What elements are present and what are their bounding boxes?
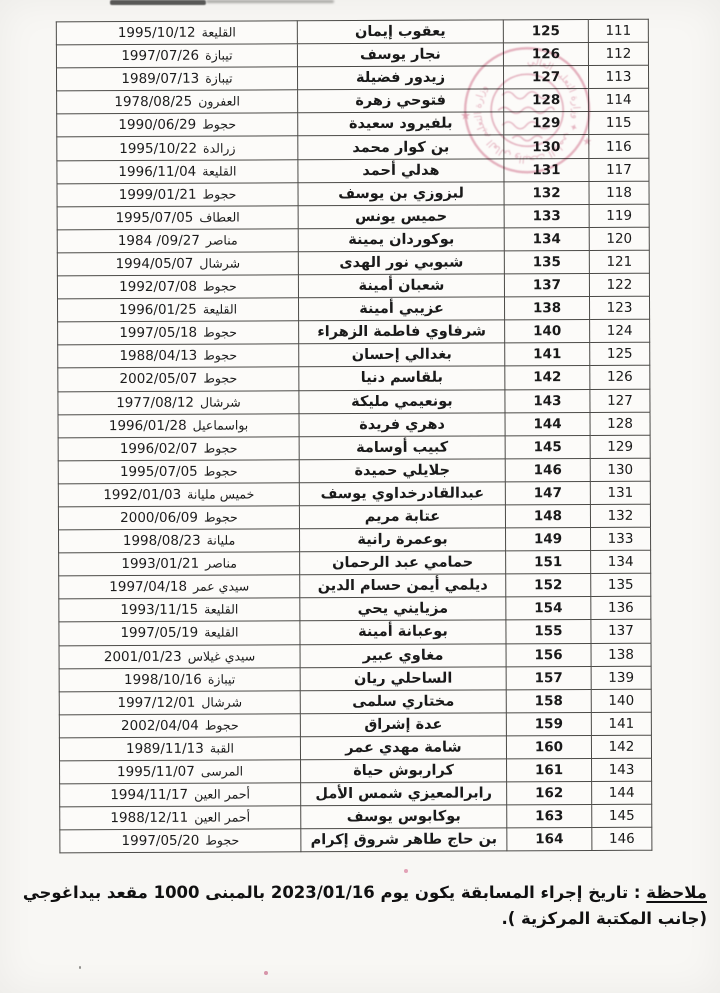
table-row: 1996/11/04القليعةهدلي أحمد131117	[57, 158, 649, 184]
candidate-name-cell: يعقوب إيمان	[297, 20, 503, 44]
birth-date: 1998/08/23	[123, 533, 201, 549]
birth-date-place: 1995/07/05العطاف	[60, 209, 296, 226]
birth-date-place: 1995/10/12القليعة	[59, 24, 295, 41]
exam-number-cell: 125	[503, 20, 588, 43]
candidate-name-cell: بلفيرود سعيدة	[298, 112, 504, 136]
serial-number-cell: 112	[588, 42, 648, 65]
candidate-name-cell: عدة إشراق	[300, 713, 506, 737]
candidate-name-cell: لبزوزي بن يوسف	[298, 182, 504, 206]
candidate-name-cell: بوعمرة رانية	[300, 528, 506, 552]
birth-date-place-cell: 1977/08/12شرشال	[58, 390, 299, 414]
birth-date-place: 1990/06/29حجوط	[59, 117, 295, 134]
serial-number-cell: 126	[590, 366, 650, 389]
serial-number-cell: 134	[591, 550, 651, 573]
birth-place: حجوط	[203, 371, 237, 386]
birth-date-place: 1989/11/13القبة	[62, 740, 298, 757]
birth-date-place: 1992/07/08حجوط	[60, 278, 296, 295]
exam-number-cell: 161	[507, 758, 592, 781]
birth-date: 1994/11/17	[110, 787, 188, 803]
birth-date-place-cell: 1994/11/17أحمر العين	[60, 783, 301, 807]
candidate-name-cell: بن حاج طاهر شروق إكرام	[301, 828, 507, 852]
table-row: 1977/08/12شرشالبونعيمي مليكة143127	[58, 389, 650, 415]
serial-number-cell: 141	[591, 712, 651, 735]
table-row: 1997/05/18حجوطشرفاوي فاطمة الزهراء140124	[58, 319, 650, 345]
serial-number-cell: 140	[591, 689, 651, 712]
candidate-name-cell: حمامي عبد الرحمان	[300, 551, 506, 575]
birth-date: 1996/02/07	[120, 440, 198, 456]
birth-place: حجوط	[204, 463, 238, 478]
birth-date-place-cell: 1998/10/16تيبازة	[59, 667, 300, 691]
birth-place: المرسى	[201, 764, 243, 779]
table-row: 1992/01/03خميس مليانةعبدالقادرخداوي يوسف…	[58, 481, 650, 507]
birth-date-place-cell: 2002/04/04حجوط	[59, 714, 300, 738]
birth-place: حجوط	[203, 348, 237, 363]
birth-date-place-cell: 1989/07/13تيبازة	[56, 67, 297, 91]
roster-table-body: 1995/10/12القليعةيعقوب إيمان1251111997/0…	[56, 19, 652, 853]
birth-date-place-cell: 1995/11/07المرسى	[60, 760, 301, 784]
birth-date: 1996/01/25	[119, 302, 197, 318]
serial-number-cell: 129	[590, 435, 650, 458]
birth-date: 1996/01/28	[109, 417, 187, 433]
candidate-name-cell: نجار يوسف	[297, 43, 503, 67]
exam-number-cell: 135	[504, 250, 589, 273]
birth-date-place-cell: 1984 /09/27مناصر	[57, 229, 298, 253]
table-row: 1988/12/11أحمر العينبوكابوس يوسف163145	[60, 804, 652, 830]
table-row: 1989/11/13القبةشامة مهدي عمر160142	[59, 735, 651, 761]
birth-date-place-cell: 1995/07/05العطاف	[57, 206, 298, 230]
birth-place: القبة	[210, 741, 234, 756]
serial-number-cell: 128	[590, 412, 650, 435]
table-row: 1978/08/25العفرونفتوحي زهرة128114	[57, 89, 649, 115]
serial-number-cell: 119	[589, 204, 649, 227]
candidate-name-cell: هدلي أحمد	[298, 158, 504, 182]
birth-place: بواسماعيل	[193, 417, 249, 432]
birth-date-place: 1996/01/28بواسماعيل	[61, 417, 297, 434]
table-row: 1992/07/08حجوطشعبان أمينة137122	[57, 273, 649, 299]
birth-place: شرشال	[200, 394, 241, 409]
table-row: 1996/01/25القليعةعزيبي أمينة138123	[58, 296, 650, 322]
birth-date-place: 2002/04/04حجوط	[62, 717, 298, 734]
birth-date: 1996/11/04	[118, 163, 196, 179]
serial-number-cell: 118	[589, 181, 649, 204]
serial-number-cell: 115	[589, 112, 649, 135]
birth-place: تيبازة	[208, 671, 235, 686]
exam-number-cell: 145	[505, 435, 590, 458]
table-row: 1995/10/22زرالدةبن كوار محمد130116	[57, 135, 649, 161]
birth-date-place-cell: 1997/05/18حجوط	[58, 321, 299, 345]
table-row: 1997/05/19القليعةبوعبانة أمينة155137	[59, 620, 651, 646]
birth-date-place-cell: 1997/04/18سيدي عمر	[59, 575, 300, 599]
birth-date: 1997/05/20	[122, 833, 200, 849]
birth-date: 1978/08/25	[114, 94, 192, 110]
birth-place: القليعة	[202, 163, 236, 178]
birth-date: 1977/08/12	[116, 394, 194, 410]
birth-place: أحمر العين	[194, 810, 250, 825]
footer-note: ملاحظة : تاريخ إجراء المسابقة يكون يوم 2…	[55, 880, 707, 932]
candidate-name-cell: حميس يونس	[298, 205, 504, 229]
candidate-name-cell: بوكوردان يمينة	[298, 228, 504, 252]
birth-date: 1997/05/19	[120, 625, 198, 641]
serial-number-cell: 120	[589, 227, 649, 250]
candidate-name-cell: ديلمي أيمن حسام الدين	[300, 574, 506, 598]
table-row: 1997/05/20حجوطبن حاج طاهر شروق إكرام1641…	[60, 828, 652, 854]
birth-place: العطاف	[199, 209, 239, 224]
birth-place: القليعة	[203, 302, 237, 317]
birth-date-place-cell: 1996/11/04القليعة	[57, 159, 298, 183]
birth-place: القليعة	[204, 625, 238, 640]
birth-place: تيبازة	[205, 71, 232, 86]
candidate-name-cell: زيدور فضيلة	[297, 66, 503, 90]
serial-number-cell: 117	[589, 158, 649, 181]
birth-place: أحمر العين	[194, 787, 250, 802]
birth-date-place-cell: 2002/05/07حجوط	[58, 367, 299, 391]
birth-date-place: 1995/11/07المرسى	[62, 763, 298, 780]
candidate-name-cell: مزيايني يحي	[300, 597, 506, 621]
birth-date-place-cell: 1999/01/21حجوط	[57, 182, 298, 206]
candidate-name-cell: فتوحي زهرة	[298, 89, 504, 113]
birth-date-place: 1997/05/18حجوط	[60, 325, 296, 342]
birth-date: 1997/07/26	[121, 48, 199, 64]
table-row: 1994/05/07شرشالشبوبي نور الهدى135121	[57, 250, 649, 276]
birth-date-place: 1996/02/07حجوط	[61, 440, 297, 457]
candidate-name-cell: عتابة مريم	[299, 505, 505, 529]
birth-place: حجوط	[202, 186, 236, 201]
serial-number-cell: 122	[589, 273, 649, 296]
exam-number-cell: 138	[504, 297, 589, 320]
exam-number-cell: 126	[503, 43, 588, 66]
birth-date-place-cell: 1997/05/20حجوط	[60, 829, 301, 853]
table-row: 1995/07/05العطافحميس يونس133119	[57, 204, 649, 230]
candidate-name-cell: شرفاوي فاطمة الزهراء	[299, 320, 505, 344]
candidates-roster-table: 1995/10/12القليعةيعقوب إيمان1251111997/0…	[56, 19, 653, 854]
candidate-name-cell: جلايلي حميدة	[299, 459, 505, 483]
birth-date-place-cell: 1995/10/12القليعة	[56, 21, 297, 45]
birth-date: 1994/05/07	[116, 256, 194, 272]
serial-number-cell: 143	[592, 758, 652, 781]
birth-place: خميس مليانة	[187, 486, 254, 501]
candidate-name-cell: عزيبي أمينة	[298, 297, 504, 321]
birth-place: حجوط	[204, 510, 238, 525]
exam-number-cell: 157	[506, 666, 591, 689]
birth-date-place-cell: 1993/11/15القليعة	[59, 598, 300, 622]
birth-date: 1989/11/13	[126, 741, 204, 757]
birth-date-place-cell: 1996/02/07حجوط	[58, 436, 299, 460]
table-row: 1998/08/23مليانةبوعمرة رانية149133	[59, 527, 651, 553]
serial-number-cell: 132	[590, 504, 650, 527]
serial-number-cell: 135	[591, 573, 651, 596]
exam-number-cell: 131	[504, 158, 589, 181]
birth-date: 1995/07/05	[116, 210, 194, 226]
birth-date-place: 1993/11/15القليعة	[61, 602, 297, 619]
birth-date-place-cell: 1978/08/25العفرون	[57, 90, 298, 114]
serial-number-cell: 116	[589, 135, 649, 158]
birth-date-place: 1992/01/03خميس مليانة	[61, 486, 297, 503]
serial-number-cell: 121	[589, 250, 649, 273]
birth-date-place: 1978/08/25العفرون	[59, 94, 295, 111]
birth-date-place: 1997/04/18سيدي عمر	[61, 579, 297, 596]
candidate-name-cell: بغدالي إحسان	[299, 343, 505, 367]
table-row: 2002/04/04حجوطعدة إشراق159141	[59, 712, 651, 738]
serial-number-cell: 138	[591, 643, 651, 666]
exam-number-cell: 133	[504, 204, 589, 227]
birth-date-place: 2001/01/23سيدي غيلاس	[62, 648, 298, 665]
birth-date-place: 1977/08/12شرشال	[60, 394, 296, 411]
birth-place: شرشال	[199, 256, 240, 271]
birth-date: 2001/01/23	[104, 648, 182, 664]
candidate-name-cell: مغاوي عبير	[300, 643, 506, 667]
note-line-1: ملاحظة : تاريخ إجراء المسابقة يكون يوم 2…	[55, 880, 707, 906]
serial-number-cell: 146	[592, 828, 652, 851]
candidate-name-cell: شبوبي نور الهدى	[298, 251, 504, 275]
note-label: ملاحظة	[646, 883, 707, 902]
serial-number-cell: 137	[591, 620, 651, 643]
birth-place: مليانة	[207, 533, 236, 548]
serial-number-cell: 127	[590, 389, 650, 412]
serial-number-cell: 145	[592, 804, 652, 827]
table-row: 1990/06/29حجوطبلفيرود سعيدة129115	[57, 112, 649, 138]
birth-date-place: 1997/07/26تيبازة	[59, 47, 295, 64]
exam-number-cell: 129	[504, 112, 589, 135]
serial-number-cell: 124	[590, 319, 650, 342]
birth-date: 1997/05/18	[119, 325, 197, 341]
birth-date-place: 2002/05/07حجوط	[60, 371, 296, 388]
birth-place: حجوط	[204, 440, 238, 455]
candidate-name-cell: بلقاسم دنيا	[299, 366, 505, 390]
table-row: 2000/06/09حجوطعتابة مريم148132	[58, 504, 650, 530]
birth-place: حجوط	[202, 117, 236, 132]
birth-place: مناصر	[206, 232, 238, 247]
birth-date-place: 1984 /09/27مناصر	[60, 232, 296, 249]
table-row: 1993/11/15القليعةمزيايني يحي154136	[59, 597, 651, 623]
candidate-name-cell: كراربوش حياة	[301, 759, 507, 783]
ink-speck	[264, 971, 268, 975]
exam-number-cell: 132	[504, 181, 589, 204]
birth-place: تيبازة	[205, 48, 232, 63]
candidate-name-cell: دهري فريدة	[299, 412, 505, 436]
exam-number-cell: 155	[506, 620, 591, 643]
birth-date-place: 1994/05/07شرشال	[60, 255, 296, 272]
birth-date-place-cell: 1992/07/08حجوط	[57, 275, 298, 299]
candidate-name-cell: رابرالمعيزي شمس الأمل	[301, 782, 507, 806]
exam-number-cell: 163	[507, 805, 592, 828]
birth-date-place-cell: 2001/01/23سيدي غيلاس	[59, 644, 300, 668]
birth-date-place-cell: 1997/05/19القليعة	[59, 621, 300, 645]
candidate-name-cell: عبدالقادرخداوي يوسف	[299, 482, 505, 506]
note-body: : تاريخ إجراء المسابقة يكون يوم 2023/01/…	[23, 883, 646, 902]
birth-date: 1997/12/01	[117, 694, 195, 710]
birth-date: 1999/01/21	[119, 186, 197, 202]
birth-date-place-cell: 1996/01/25القليعة	[58, 298, 299, 322]
exam-number-cell: 128	[504, 89, 589, 112]
birth-place: زرالدة	[203, 140, 236, 155]
serial-number-cell: 123	[589, 296, 649, 319]
exam-number-cell: 130	[504, 135, 589, 158]
candidate-name-cell: كبيب أوسامة	[299, 436, 505, 460]
birth-date-place-cell: 1994/05/07شرشال	[57, 252, 298, 276]
birth-date-place-cell: 1988/12/11أحمر العين	[60, 806, 301, 830]
table-row: 1997/12/01شرشالمختاري سلمى158140	[59, 689, 651, 715]
birth-date: 1990/06/29	[118, 117, 196, 133]
table-row: 1998/10/16تيبازةالساحلي ريان157139	[59, 666, 651, 692]
birth-date: 1995/10/22	[119, 140, 197, 156]
birth-date-place-cell: 1989/11/13القبة	[59, 737, 300, 761]
birth-date-place: 1998/08/23مليانة	[61, 532, 297, 549]
exam-number-cell: 154	[506, 597, 591, 620]
birth-place: العفرون	[198, 94, 240, 109]
birth-date-place: 1999/01/21حجوط	[60, 186, 296, 203]
birth-date: 1988/04/13	[119, 348, 197, 364]
birth-date-place: 1997/05/19القليعة	[61, 625, 297, 642]
birth-date: 1995/11/07	[117, 764, 195, 780]
birth-date: 1998/10/16	[124, 671, 202, 687]
serial-number-cell: 114	[589, 89, 649, 112]
serial-number-cell: 136	[591, 597, 651, 620]
table-row: 1984 /09/27مناصربوكوردان يمينة134120	[57, 227, 649, 253]
candidate-name-cell: بوكابوس يوسف	[301, 805, 507, 829]
birth-place: حجوط	[205, 833, 239, 848]
table-row: 1997/07/26تيبازةنجار يوسف126112	[56, 42, 648, 68]
table-row: 1989/07/13تيبازةزيدور فضيلة127113	[56, 65, 648, 91]
birth-place: سيدي غيلاس	[188, 648, 256, 663]
exam-number-cell: 159	[506, 712, 591, 735]
candidate-name-cell: الساحلي ريان	[300, 666, 506, 690]
birth-date-place: 1995/10/22زرالدة	[59, 140, 295, 157]
exam-number-cell: 140	[505, 320, 590, 343]
table-row: 1996/02/07حجوطكبيب أوسامة145129	[58, 435, 650, 461]
birth-place: حجوط	[205, 717, 239, 732]
candidate-name-cell: بونعيمي مليكة	[299, 389, 505, 413]
scanned-document-page: 1995/10/12القليعةيعقوب إيمان1251111997/0…	[0, 0, 720, 993]
exam-number-cell: 162	[507, 782, 592, 805]
exam-number-cell: 146	[505, 458, 590, 481]
birth-date-place-cell: 1990/06/29حجوط	[57, 113, 298, 137]
candidate-name-cell: مختاري سلمى	[300, 690, 506, 714]
birth-date-place: 1996/01/25القليعة	[60, 301, 296, 318]
candidate-name-cell: شامة مهدي عمر	[300, 736, 506, 760]
serial-number-cell: 125	[590, 343, 650, 366]
birth-date: 1992/07/08	[119, 279, 197, 295]
serial-number-cell: 139	[591, 666, 651, 689]
serial-number-cell: 133	[591, 527, 651, 550]
table-row: 2002/05/07حجوطبلقاسم دنيا142126	[58, 366, 650, 392]
table-row: 1993/01/21مناصرحمامي عبد الرحمان151134	[59, 550, 651, 576]
birth-place: مناصر	[205, 556, 237, 571]
birth-date-place-cell: 2000/06/09حجوط	[58, 506, 299, 530]
birth-date: 2002/05/07	[119, 371, 197, 387]
birth-place: حجوط	[203, 325, 237, 340]
birth-date: 1995/10/12	[118, 25, 196, 41]
birth-date-place: 1998/10/16تيبازة	[62, 671, 298, 688]
birth-place: سيدي عمر	[193, 579, 249, 594]
birth-date-place: 1997/12/01شرشال	[62, 694, 298, 711]
exam-number-cell: 164	[507, 828, 592, 851]
birth-date-place-cell: 1998/08/23مليانة	[59, 529, 300, 553]
table-row: 1999/01/21حجوطلبزوزي بن يوسف132118	[57, 181, 649, 207]
birth-date-place: 1997/05/20حجوط	[62, 833, 298, 850]
table-row: 1995/10/12القليعةيعقوب إيمان125111	[56, 19, 648, 45]
ink-speck	[79, 966, 81, 969]
birth-date-place: 1996/11/04القليعة	[59, 163, 295, 180]
birth-date-place-cell: 1997/07/26تيبازة	[56, 44, 297, 68]
exam-number-cell: 141	[505, 343, 590, 366]
birth-place: القليعة	[204, 602, 238, 617]
table-row: 1995/11/07المرسىكراربوش حياة161143	[60, 758, 652, 784]
exam-number-cell: 156	[506, 643, 591, 666]
birth-date: 1989/07/13	[121, 71, 199, 87]
candidate-name-cell: شعبان أمينة	[298, 274, 504, 298]
exam-number-cell: 143	[505, 389, 590, 412]
exam-number-cell: 144	[505, 412, 590, 435]
birth-date-place: 1995/07/05حجوط	[61, 463, 297, 480]
birth-date: 2000/06/09	[120, 510, 198, 526]
exam-number-cell: 137	[504, 274, 589, 297]
birth-date-place-cell: 1997/12/01شرشال	[59, 690, 300, 714]
exam-number-cell: 158	[506, 689, 591, 712]
exam-number-cell: 149	[506, 528, 591, 551]
exam-number-cell: 127	[503, 66, 588, 89]
birth-date: 1992/01/03	[103, 487, 181, 503]
birth-date-place: 2000/06/09حجوط	[61, 509, 297, 526]
candidate-name-cell: بن كوار محمد	[298, 135, 504, 159]
birth-date: 2002/04/04	[121, 718, 199, 734]
table-row: 1995/07/05حجوطجلايلي حميدة146130	[58, 458, 650, 484]
serial-number-cell: 130	[590, 458, 650, 481]
birth-date: 1993/11/15	[120, 602, 198, 618]
note-line-2: (جانب المكتبة المركزية ).	[55, 906, 707, 932]
birth-date-place: 1989/07/13تيبازة	[59, 71, 295, 88]
exam-number-cell: 147	[505, 481, 590, 504]
birth-date: 1997/04/18	[109, 579, 187, 595]
birth-date-place-cell: 1992/01/03خميس مليانة	[58, 483, 299, 507]
birth-date: 1988/12/11	[110, 810, 188, 826]
exam-number-cell: 134	[504, 227, 589, 250]
candidate-name-cell: بوعبانة أمينة	[300, 620, 506, 644]
birth-place: القليعة	[202, 25, 236, 40]
serial-number-cell: 111	[588, 19, 648, 42]
birth-date: 1995/07/05	[120, 464, 198, 480]
birth-date: 1993/01/21	[121, 556, 199, 572]
exam-number-cell: 151	[506, 551, 591, 574]
birth-date-place-cell: 1996/01/28بواسماعيل	[58, 413, 299, 437]
table-row: 2001/01/23سيدي غيلاسمغاوي عبير156138	[59, 643, 651, 669]
exam-number-cell: 148	[505, 504, 590, 527]
exam-number-cell: 160	[506, 735, 591, 758]
table-row: 1994/11/17أحمر العينرابرالمعيزي شمس الأم…	[60, 781, 652, 807]
exam-number-cell: 152	[506, 574, 591, 597]
birth-date-place: 1988/12/11أحمر العين	[62, 810, 298, 827]
serial-number-cell: 144	[592, 781, 652, 804]
birth-date: 1984 /09/27	[118, 233, 200, 249]
birth-place: شرشال	[201, 694, 242, 709]
table-row: 1997/04/18سيدي عمرديلمي أيمن حسام الدين1…	[59, 573, 651, 599]
serial-number-cell: 131	[590, 481, 650, 504]
birth-date-place-cell: 1988/04/13حجوط	[58, 344, 299, 368]
birth-date-place: 1988/04/13حجوط	[60, 348, 296, 365]
table-row: 1996/01/28بواسماعيلدهري فريدة144128	[58, 412, 650, 438]
serial-number-cell: 142	[591, 735, 651, 758]
paper-sheet: 1995/10/12القليعةيعقوب إيمان1251111997/0…	[0, 0, 720, 993]
table-row: 1988/04/13حجوطبغدالي إحسان141125	[58, 343, 650, 369]
birth-place: حجوط	[203, 279, 237, 294]
exam-number-cell: 142	[505, 366, 590, 389]
serial-number-cell: 113	[588, 65, 648, 88]
birth-date-place: 1993/01/21مناصر	[61, 555, 297, 572]
birth-date-place-cell: 1993/01/21مناصر	[59, 552, 300, 576]
birth-date-place: 1994/11/17أحمر العين	[62, 786, 298, 803]
birth-date-place-cell: 1995/10/22زرالدة	[57, 136, 298, 160]
ink-speck	[404, 869, 408, 873]
birth-date-place-cell: 1995/07/05حجوط	[58, 460, 299, 484]
